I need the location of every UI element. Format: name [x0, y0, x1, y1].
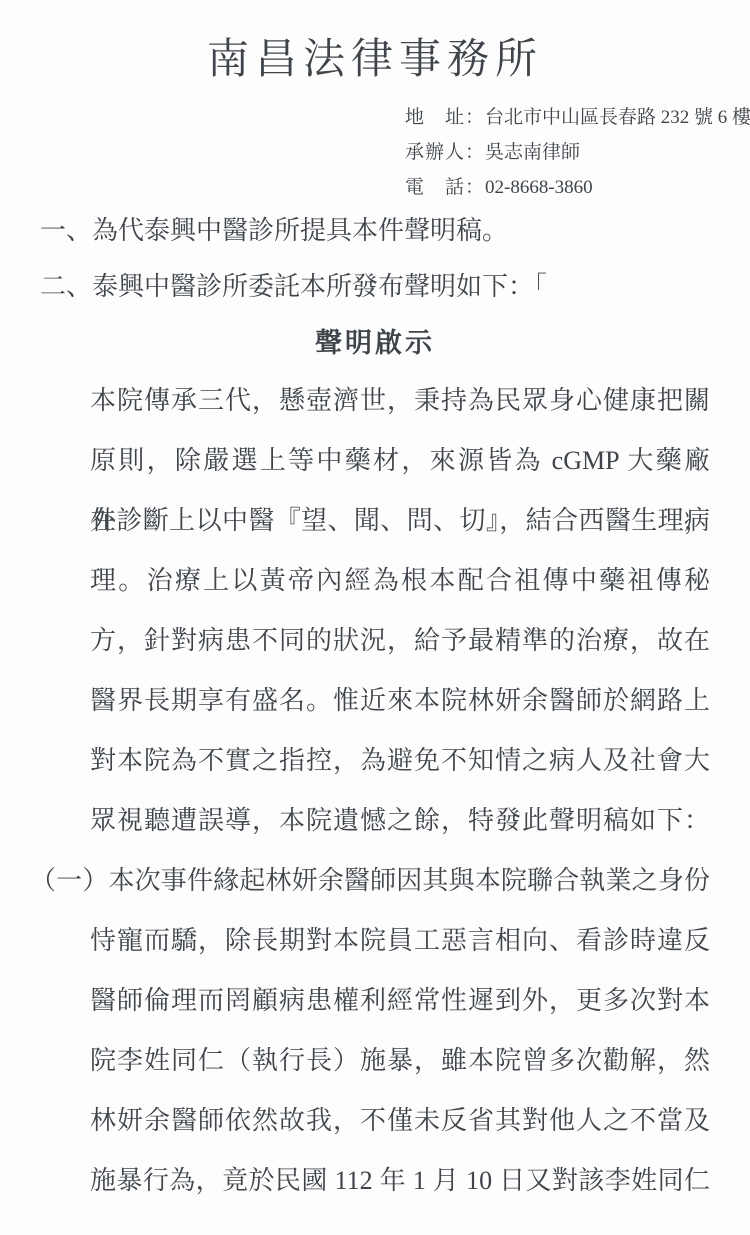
address-value: 台北市中山區長春路 232 號 6 樓: [485, 107, 750, 128]
subitem-line: 林妍余醫師依然故我，不僅未反省其對他人之不當及: [90, 1091, 710, 1151]
contact-agent-line: 承辦人：吳志南律師: [405, 135, 750, 170]
statement-line: 在診斷上以中醫『望、聞、問、切』，結合西醫生理病: [90, 491, 710, 551]
subitem-line: 恃寵而驕，除長期對本院員工惡言相向、看診時違反: [90, 911, 710, 971]
statement-heading: 聲明啟示: [0, 323, 750, 363]
scanned-legal-document: 南昌法律事務所 地 址：台北市中山區長春路 232 號 6 樓 承辦人：吳志南律…: [0, 0, 750, 1235]
numbered-item-2: 二、泰興中醫診所委託本所發布聲明如下：「: [40, 267, 710, 307]
statement-line: 對本院為不實之指控，為避免不知情之病人及社會大: [90, 731, 710, 791]
subitem-line: 院李姓同仁（執行長）施暴，雖本院曾多次勸解，然: [90, 1031, 710, 1091]
statement-line: 原則，除嚴選上等中藥材，來源皆為 cGMP 大藥廠外，: [90, 431, 710, 491]
phone-value: 02-8668-3860: [485, 177, 593, 198]
statement-subitem-1: （一）本次事件緣起林妍余醫師因其與本院聯合執業之身份 恃寵而驕，除長期對本院員工…: [0, 851, 750, 1211]
agent-value: 吳志南律師: [485, 142, 580, 163]
statement-line: 理。治療上以黃帝內經為根本配合祖傳中藥祖傳秘: [90, 551, 710, 611]
subitem-line: 施暴行為，竟於民國 112 年 1 月 10 日又對該李姓同仁: [90, 1151, 710, 1211]
subitem-first-line: （一）本次事件緣起林妍余醫師因其與本院聯合執業之身份: [30, 851, 710, 911]
phone-label: 電 話：: [405, 177, 485, 198]
item-2-marker: 二、: [40, 272, 92, 301]
statement-line: 方，針對病患不同的狀況，給予最精準的治療，故在: [90, 611, 710, 671]
statement-paragraph: 本院傳承三代，懸壺濟世，秉持為民眾身心健康把關 原則，除嚴選上等中藥材，來源皆為…: [0, 371, 750, 851]
address-label: 地 址：: [405, 107, 485, 128]
firm-name-title: 南昌法律事務所: [0, 0, 750, 90]
contact-phone-line: 電 話：02-8668-3860: [405, 170, 750, 205]
contact-address-line: 地 址：台北市中山區長春路 232 號 6 樓: [405, 100, 750, 135]
statement-line: 醫界長期享有盛名。惟近來本院林妍余醫師於網路上: [90, 671, 710, 731]
numbered-item-1: 一、為代泰興中醫診所提具本件聲明稿。: [40, 211, 710, 251]
item-2-text: 泰興中醫診所委託本所發布聲明如下：「: [92, 272, 547, 301]
agent-label: 承辦人：: [405, 142, 485, 163]
subitem-first-text: 本次事件緣起林妍余醫師因其與本院聯合執業之身份: [108, 866, 710, 895]
statement-line: 本院傳承三代，懸壺濟世，秉持為民眾身心健康把關: [90, 371, 710, 431]
statement-line: 眾視聽遭誤導，本院遺憾之餘，特發此聲明稿如下：: [90, 791, 710, 851]
subitem-marker: （一）: [30, 866, 108, 895]
item-1-marker: 一、: [40, 216, 92, 245]
subitem-line: 醫師倫理而罔顧病患權利經常性遲到外，更多次對本: [90, 971, 710, 1031]
item-1-text: 為代泰興中醫診所提具本件聲明稿。: [92, 216, 508, 245]
contact-block: 地 址：台北市中山區長春路 232 號 6 樓 承辦人：吳志南律師 電 話：02…: [405, 100, 750, 205]
